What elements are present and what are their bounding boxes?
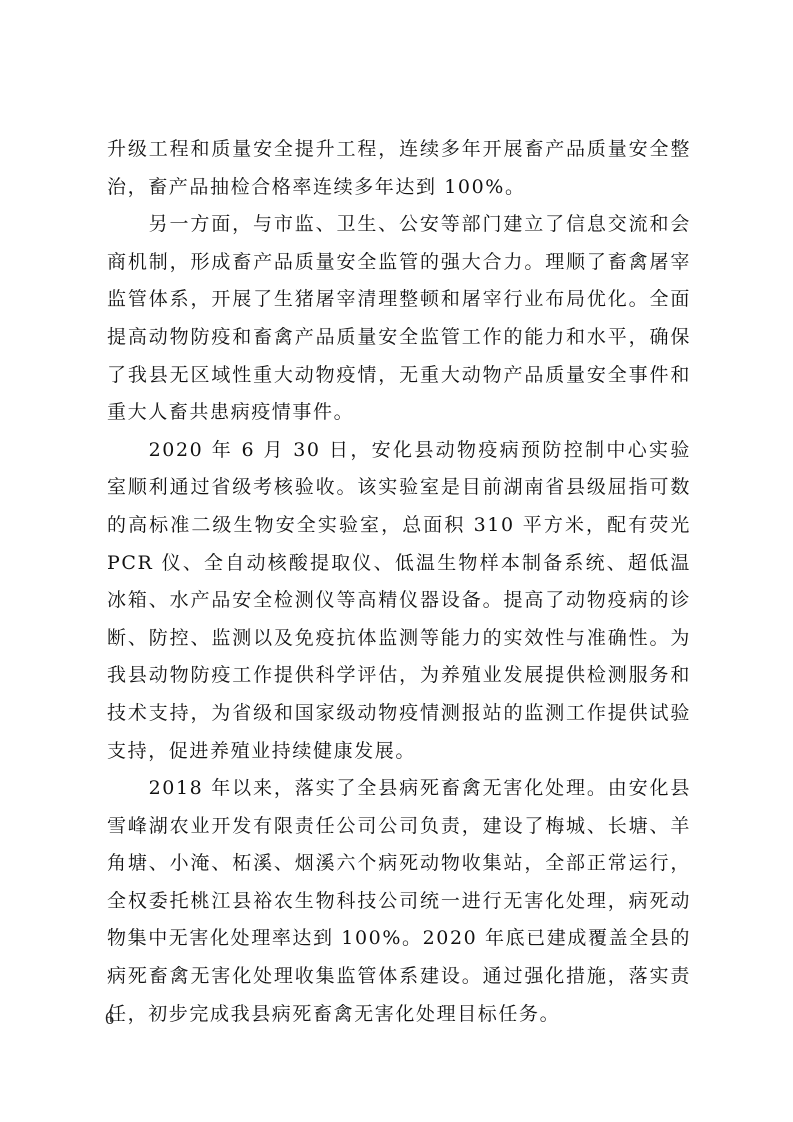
paragraph-continuation-quality-safety: 升级工程和质量安全提升工程，连续多年开展畜产品质量安全整治，畜产品抽检合格率连续… — [107, 131, 691, 206]
paragraph-supervision-mechanism: 另一方面，与市监、卫生、公安等部门建立了信息交流和会商机制，形成畜产品质量安全监… — [107, 206, 691, 432]
body-text: 升级工程和质量安全提升工程，连续多年开展畜产品质量安全整治，畜产品抽检合格率连续… — [107, 131, 691, 1033]
document-page: 升级工程和质量安全提升工程，连续多年开展畜产品质量安全整治，畜产品抽检合格率连续… — [0, 0, 793, 1122]
paragraph-harmless-disposal: 2018 年以来，落实了全县病死畜禽无害化处理。由安化县雪峰湖农业开发有限责任公… — [107, 770, 691, 1033]
paragraph-laboratory-acceptance: 2020 年 6 月 30 日，安化县动物疫病预防控制中心实验室顺利通过省级考核… — [107, 432, 691, 770]
page-number: 6 — [105, 1008, 114, 1029]
